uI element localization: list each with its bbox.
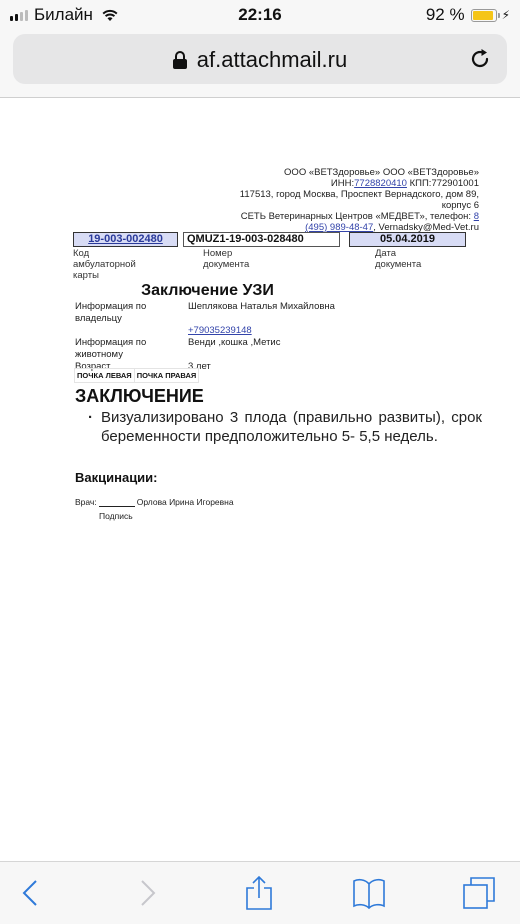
doc-number-field: QMUZ1-19-003-028480: [183, 232, 340, 247]
patient-info: Информация по владельцуШеплякова Наталья…: [75, 301, 335, 373]
doc-number-label: Номер документа: [203, 248, 249, 270]
animal-label: Информация по животному: [75, 337, 188, 361]
owner-label: Информация по владельцу: [75, 301, 188, 325]
kidney-table: ПОЧКА ЛЕВАЯ ПОЧКА ПРАВАЯ: [74, 368, 199, 383]
lock-icon: [173, 51, 187, 69]
doctor-name: Орлова Ирина Игоревна: [137, 497, 234, 507]
browser-header: af.attachmail.ru: [0, 32, 520, 98]
card-code-label: Код амбулаторной карты: [73, 248, 136, 281]
signature-label: Подпись: [99, 511, 133, 521]
url-text[interactable]: af.attachmail.ru: [197, 47, 347, 73]
reload-icon[interactable]: [469, 47, 493, 71]
conclusion-heading: ЗАКЛЮЧЕНИЕ: [75, 386, 204, 407]
book-icon[interactable]: [352, 876, 386, 910]
org-address: 117513, город Москва, Проспект Вернадско…: [219, 189, 479, 211]
doctor-label: Врач:: [75, 497, 97, 507]
status-bar: Билайн 22:16 92 % ⚡: [0, 0, 520, 32]
card-code-field[interactable]: 19-003-002480: [73, 232, 178, 247]
org-contacts: СЕТЬ Ветеринарных Центров «МЕДВЕТ», теле…: [219, 211, 479, 233]
document-page: ООО «ВЕТЗдоровье» ООО «ВЕТЗдоровье» ИНН:…: [0, 99, 520, 849]
chevron-right-icon[interactable]: [130, 876, 164, 910]
battery-icon: [471, 9, 497, 22]
address-bar[interactable]: af.attachmail.ru: [13, 34, 507, 84]
conclusion-item: Визуализировано 3 плода (правильно разви…: [88, 408, 482, 446]
vaccinations-heading: Вакцинации:: [75, 470, 158, 485]
organization-block: ООО «ВЕТЗдоровье» ООО «ВЕТЗдоровье» ИНН:…: [219, 167, 479, 233]
browser-toolbar: [0, 861, 520, 924]
tabs-icon[interactable]: [462, 876, 496, 910]
animal-value: Венди ,кошка ,Метис: [188, 337, 281, 361]
share-icon[interactable]: [242, 876, 276, 910]
battery-fill: [473, 11, 493, 20]
org-tax-ids: ИНН:7728820410 КПП:772901001: [219, 178, 479, 189]
kidney-right-cell: ПОЧКА ПРАВАЯ: [135, 369, 199, 382]
status-right: 92 % ⚡: [426, 5, 510, 25]
conclusion-list: Визуализировано 3 плода (правильно разви…: [88, 408, 482, 446]
inn-link[interactable]: 7728820410: [354, 178, 407, 189]
owner-name: Шеплякова Наталья Михайловна: [188, 301, 335, 325]
battery-percent: 92 %: [426, 5, 465, 25]
org-name: ООО «ВЕТЗдоровье» ООО «ВЕТЗдоровье»: [219, 167, 479, 178]
doctor-line: Врач: Орлова Ирина Игоревна: [75, 497, 234, 507]
owner-phone-link[interactable]: +79035239148: [188, 325, 252, 337]
charging-bolt-icon: ⚡: [502, 8, 510, 22]
doc-date-field: 05.04.2019: [349, 232, 466, 247]
kidney-left-cell: ПОЧКА ЛЕВАЯ: [75, 369, 135, 382]
signature-line: [99, 498, 135, 507]
document-title: Заключение УЗИ: [0, 282, 340, 300]
chevron-left-icon[interactable]: [14, 876, 48, 910]
doc-date-label: Дата документа: [375, 248, 421, 270]
